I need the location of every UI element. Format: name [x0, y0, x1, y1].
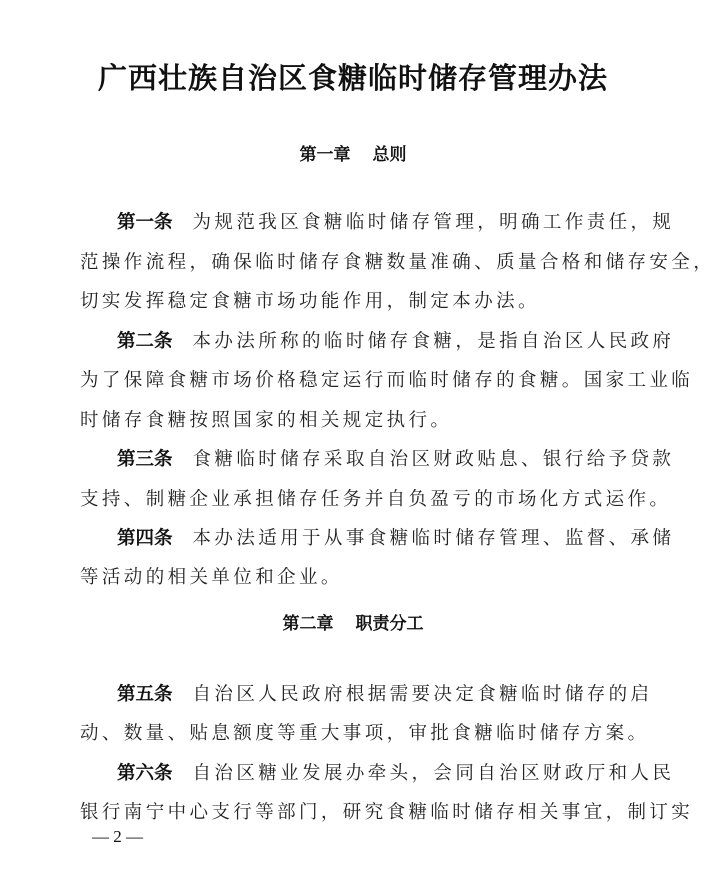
article-3-line-2: 支持、制糖企业承担储存任务并自负盈亏的市场化方式运作。	[80, 485, 626, 511]
article-4-line-2: 等活动的相关单位和企业。	[80, 563, 626, 589]
chapter-number: 第一章	[300, 145, 351, 165]
article-label: 第三条	[117, 449, 173, 470]
chapter-name: 总则	[373, 145, 407, 165]
article-3-line-1: 第三条食糖临时储存采取自治区财政贴息、银行给予贷款	[117, 445, 663, 471]
article-label: 第二条	[117, 331, 173, 352]
article-label: 第六条	[117, 763, 173, 784]
page-number: — 2 —	[92, 827, 143, 847]
article-6-line-2: 银行南宁中心支行等部门，研究食糖临时储存相关事宜，制订实	[80, 798, 626, 824]
article-1-line-1: 第一条为规范我区食糖临时储存管理，明确工作责任，规	[117, 208, 663, 234]
article-label: 第五条	[117, 684, 173, 705]
article-5-line-1: 第五条自治区人民政府根据需要决定食糖临时储存的启	[117, 680, 663, 706]
chapter-heading-2: 第二章职责分工	[0, 609, 706, 634]
article-2-line-3: 时储存食糖按照国家的相关规定执行。	[80, 406, 626, 432]
article-label: 第一条	[117, 212, 173, 233]
article-5-line-2: 动、数量、贴息额度等重大事项，审批食糖临时储存方案。	[80, 719, 626, 745]
document-title: 广西壮族自治区食糖临时储存管理办法	[0, 56, 706, 97]
chapter-name: 职责分工	[356, 614, 424, 634]
article-1-line-2: 范操作流程，确保临时储存食糖数量准确、质量合格和储存安全，	[80, 248, 626, 274]
article-2-line-2: 为了保障食糖市场价格稳定运行而临时储存的食糖。国家工业临	[80, 366, 626, 392]
article-2-line-1: 第二条本办法所称的临时储存食糖，是指自治区人民政府	[117, 327, 663, 353]
article-1-line-3: 切实发挥稳定食糖市场功能作用，制定本办法。	[80, 287, 626, 313]
chapter-number: 第二章	[283, 614, 334, 634]
article-6-line-1: 第六条自治区糖业发展办牵头，会同自治区财政厅和人民	[117, 759, 663, 785]
article-4-line-1: 第四条本办法适用于从事食糖临时储存管理、监督、承储	[117, 524, 663, 550]
article-label: 第四条	[117, 528, 173, 549]
chapter-heading-1: 第一章总则	[0, 140, 706, 165]
